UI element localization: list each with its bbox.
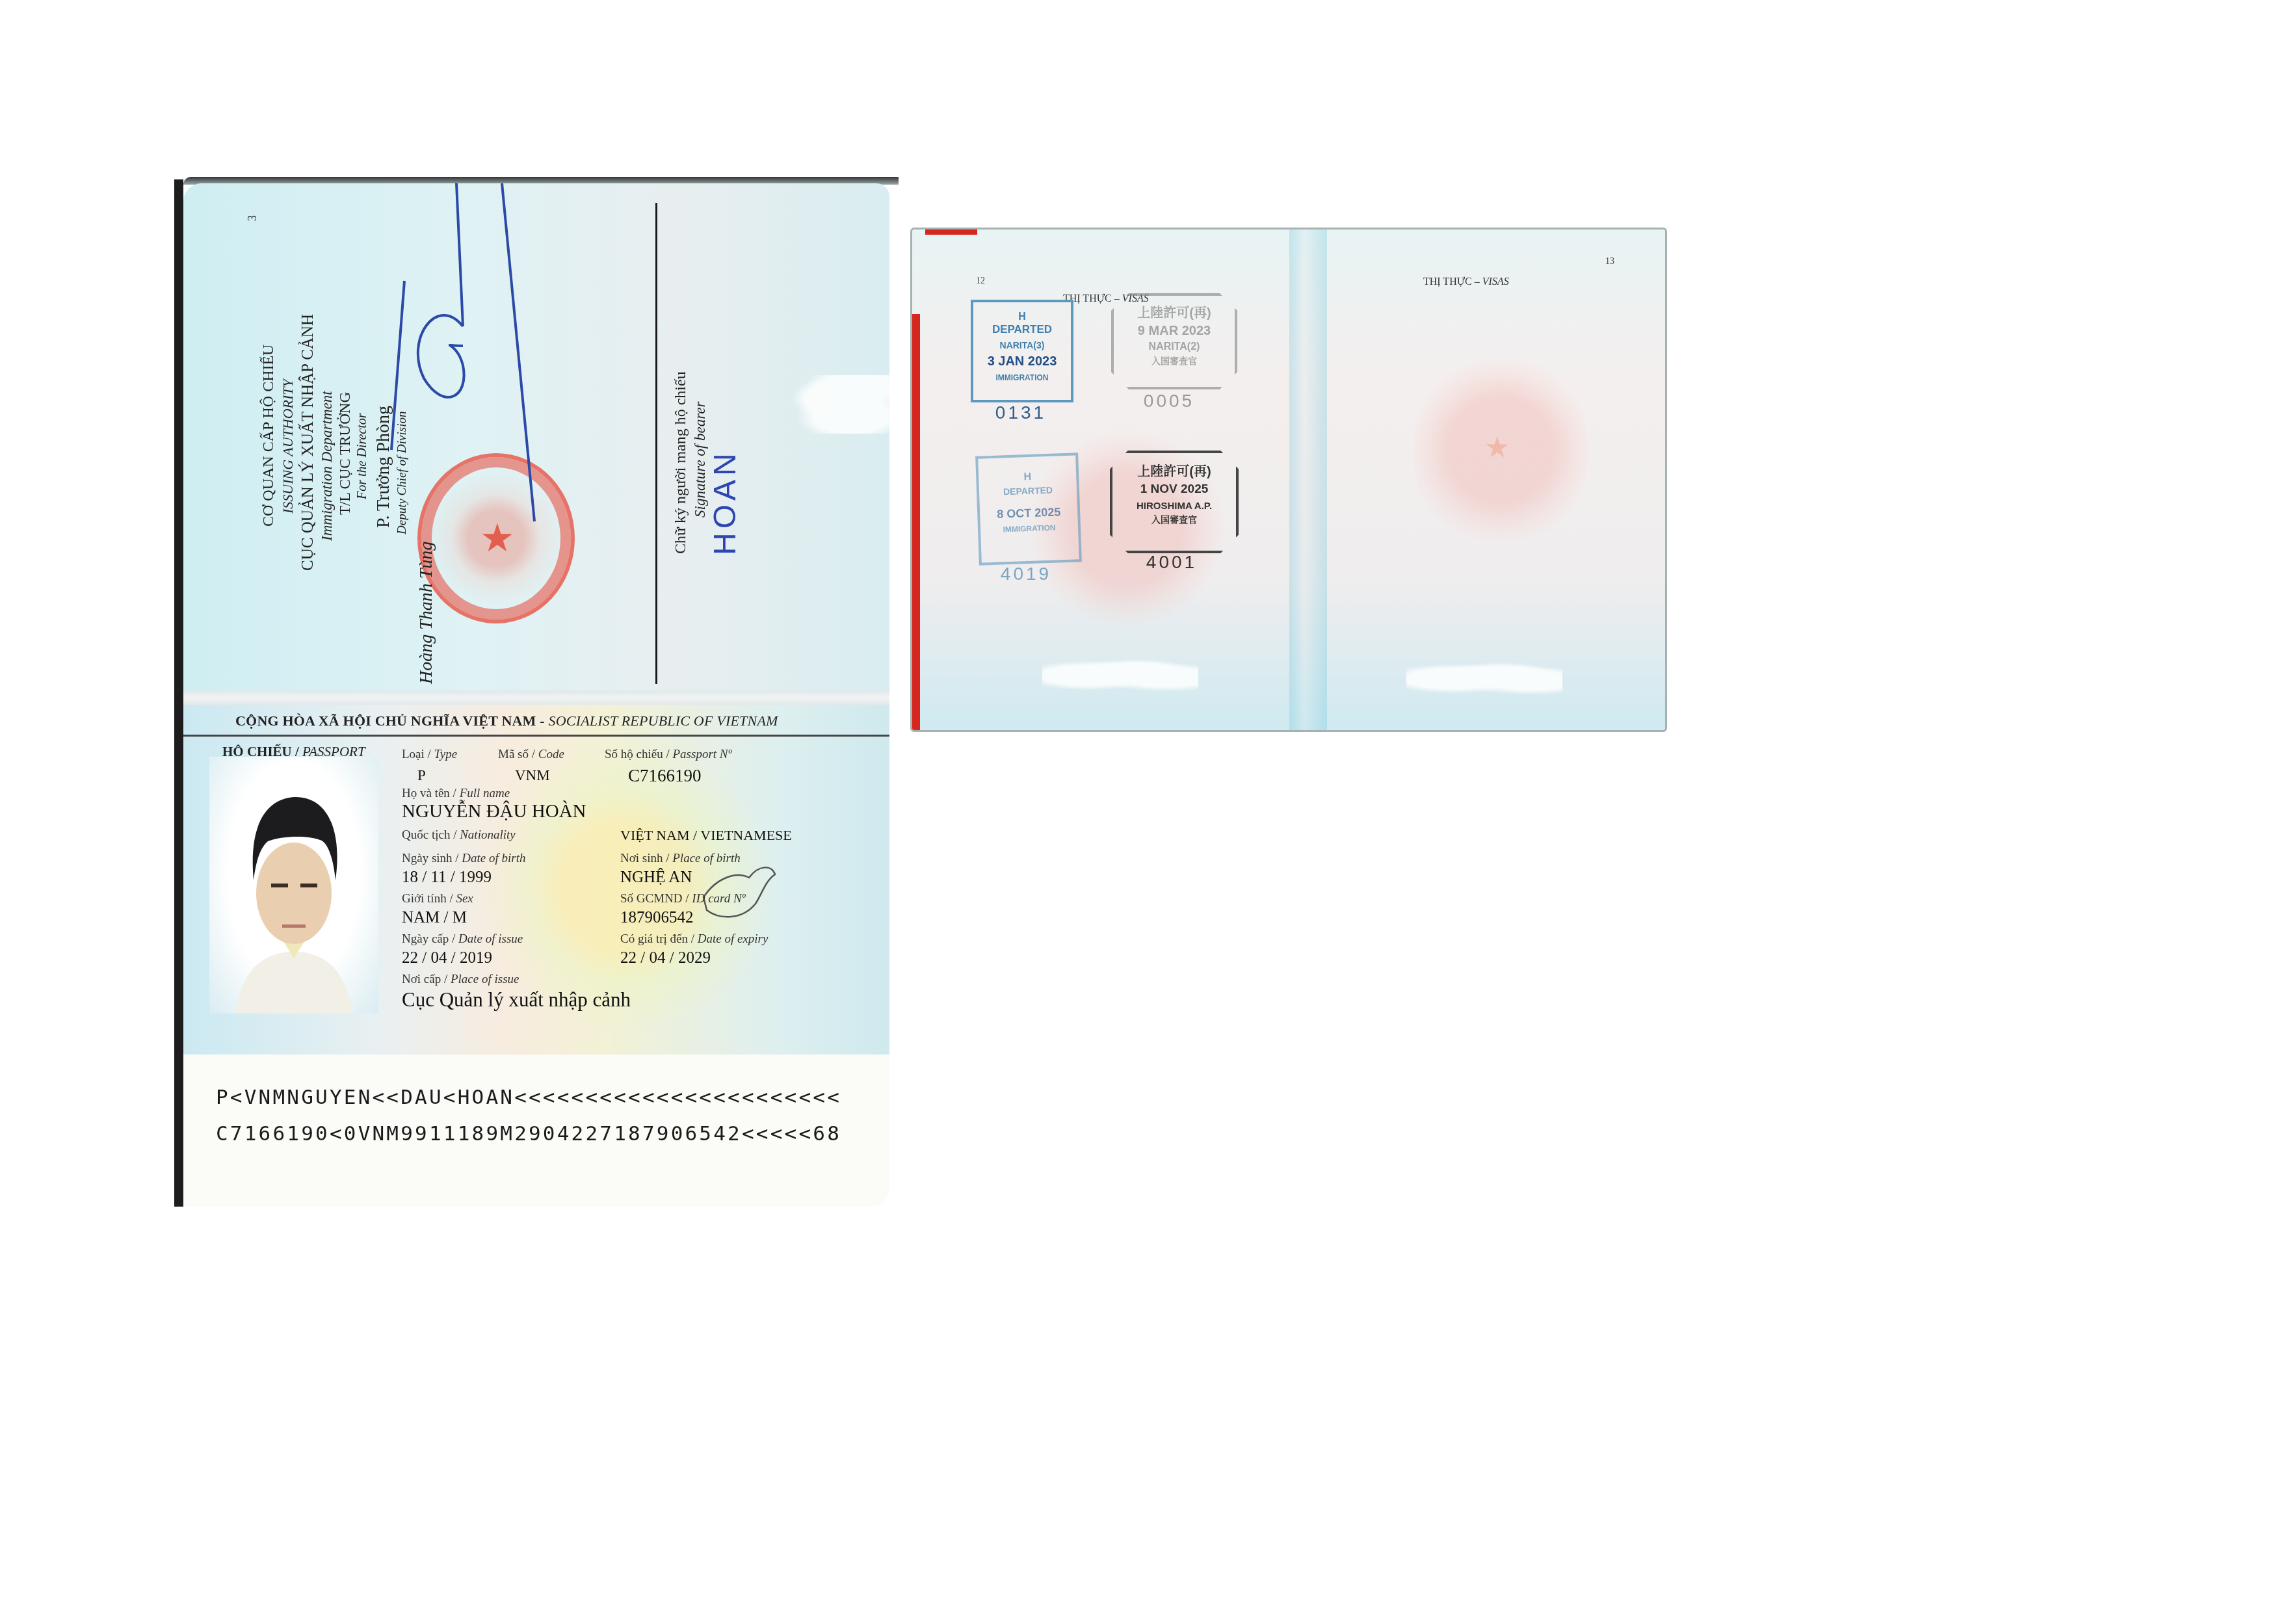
cloud-watermark-icon xyxy=(1042,652,1198,691)
bearer-signature-label-vi: Chữ ký người mang hộ chiếu xyxy=(672,371,690,554)
nationality-value: VIỆT NAM / VIETNAMESE xyxy=(620,827,792,844)
landing-permission-stamp: 上陸許可(再) 9 MAR 2023 NARITA(2) 入国審査官 xyxy=(1111,293,1237,389)
type-value: P xyxy=(417,767,426,784)
date-of-issue-value: 22 / 04 / 2019 xyxy=(402,949,492,967)
sex-value: NAM / M xyxy=(402,909,467,927)
visa-page-number-left: 12 xyxy=(976,276,985,287)
date-of-birth-label: Ngày sinh / Date of birth xyxy=(402,852,526,866)
republic-title-en: SOCIALIST REPUBLIC OF VIETNAM xyxy=(548,713,778,729)
mrz-line-2: C7166190<0VNM9911189M2904227187906542<<<… xyxy=(216,1122,841,1146)
portrait-icon xyxy=(209,757,378,1014)
nationality-label: Quốc tịch / Nationality xyxy=(402,828,516,843)
page-fold xyxy=(183,690,889,705)
sex-label: Giới tính / Sex xyxy=(402,892,473,906)
cloud-watermark-icon xyxy=(1406,655,1562,694)
emblem-star-icon: ★ xyxy=(1484,431,1510,464)
officer-signature-icon xyxy=(365,183,599,625)
date-of-expiry-label: Có giá trị đến / Date of expiry xyxy=(620,932,768,947)
republic-title: CỘNG HÒA XÃ HỘI CHỦ NGHĨA VIỆT NAM - SOC… xyxy=(235,713,778,729)
visa-pages-spread: 12 THỊ THỰC – VISAS H DEPARTED NARITA(3)… xyxy=(904,221,1676,729)
date-of-birth-value: 18 / 11 / 1999 xyxy=(402,869,492,887)
bearer-signature: HOAN xyxy=(707,449,743,555)
cover-edge-top xyxy=(925,229,977,235)
stamp-number: 4001 xyxy=(1136,552,1207,573)
observations-page: 3 CƠ QUAN CẤP HỘ CHIẾU ISSUING AUTHORITY… xyxy=(183,183,889,690)
book-gutter xyxy=(1289,229,1327,730)
authority-heading-en: ISSUING AUTHORITY xyxy=(280,379,296,514)
departure-stamp: H DEPARTED 8 OCT 2025 IMMIGRATION xyxy=(975,452,1082,565)
code-label: Mã số / Code xyxy=(498,748,564,762)
page-number: 3 xyxy=(246,215,259,221)
place-of-issue-value: Cục Quản lý xuất nhập cảnh xyxy=(402,988,631,1012)
header-rule xyxy=(183,735,889,737)
date-of-issue-label: Ngày cấp / Date of issue xyxy=(402,932,523,947)
stamp-number: 0005 xyxy=(1133,391,1205,412)
id-card-value: 187906542 xyxy=(620,909,694,927)
passport-data-booklet: 3 CƠ QUAN CẤP HỘ CHIẾU ISSUING AUTHORITY… xyxy=(174,177,896,1207)
stamp-number: 4019 xyxy=(990,564,1062,584)
authority-heading-vi: CƠ QUAN CẤP HỘ CHIẾU xyxy=(260,345,278,527)
department-en: Immigration Department xyxy=(319,391,335,541)
full-name-label: Họ và tên / Full name xyxy=(402,787,510,801)
full-name-value: NGUYỄN ĐẬU HOÀN xyxy=(402,801,586,822)
for-director-vi: T/L CỤC TRƯỞNG xyxy=(337,392,354,515)
cover-edge-red xyxy=(912,314,920,730)
date-of-expiry-value: 22 / 04 / 2029 xyxy=(620,949,711,967)
machine-readable-zone: P<VNMNGUYEN<<DAU<HOAN<<<<<<<<<<<<<<<<<<<… xyxy=(183,1054,889,1207)
bearer-signature-label-en: Signature of bearer xyxy=(692,402,709,517)
mrz-line-1: P<VNMNGUYEN<<DAU<HOAN<<<<<<<<<<<<<<<<<<<… xyxy=(216,1086,841,1109)
visa-spread: 12 THỊ THỰC – VISAS H DEPARTED NARITA(3)… xyxy=(910,228,1667,732)
place-of-issue-label: Nơi cấp / Place of issue xyxy=(402,973,519,987)
holder-photo xyxy=(209,757,378,1014)
visa-page-number-right: 13 xyxy=(1605,257,1614,267)
stamp-number: 0131 xyxy=(985,402,1057,423)
passport-no-label: Số hộ chiếu / Passport Nº xyxy=(605,748,731,762)
official-name: Hoàng Thanh Tùng xyxy=(416,542,437,684)
passport-data-page: CỘNG HÒA XÃ HỘI CHỦ NGHĨA VIỆT NAM - SOC… xyxy=(183,705,889,1054)
landing-permission-stamp: 上陸許可(再) 1 NOV 2025 HIROSHIMA A.P. 入国審査官 xyxy=(1110,451,1239,553)
national-emblem-watermark-icon: ★ xyxy=(1413,353,1588,548)
signature-divider xyxy=(655,203,657,684)
type-label: Loại / Type xyxy=(402,748,457,762)
republic-title-vi: CỘNG HÒA XÃ HỘI CHỦ NGHĨA VIỆT NAM - xyxy=(235,713,548,729)
code-value: VNM xyxy=(515,767,550,784)
department-vi: CỤC QUẢN LÝ XUẤT NHẬP CẢNH xyxy=(299,314,317,571)
place-of-birth-value: NGHỆ AN xyxy=(620,869,692,887)
cloud-watermark-icon xyxy=(765,375,889,434)
passport-no-value: C7166190 xyxy=(628,766,702,786)
id-card-label: Số GCMND / ID card Nº xyxy=(620,892,746,906)
booklet-spine-edge xyxy=(174,179,183,1207)
visa-heading-right: THỊ THỰC – VISAS xyxy=(1423,276,1509,288)
departure-stamp: H DEPARTED NARITA(3) 3 JAN 2023 IMMIGRAT… xyxy=(971,300,1073,402)
